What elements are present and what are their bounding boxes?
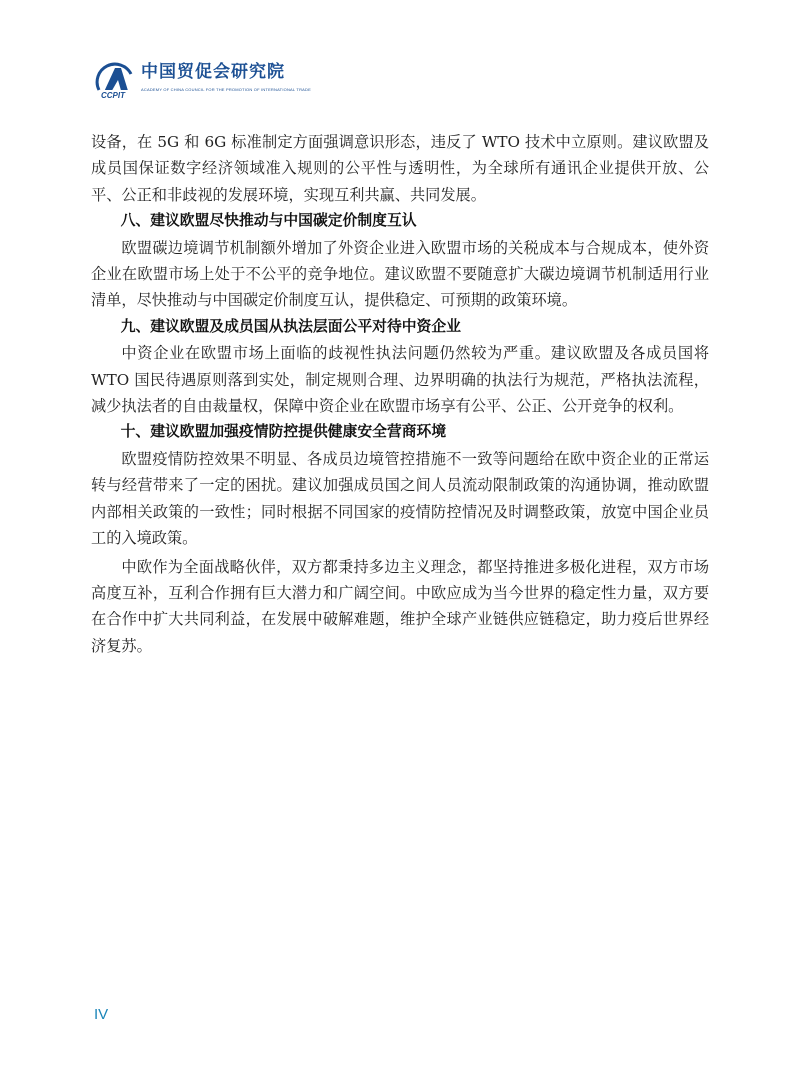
org-name-cn: 中国贸促会研究院	[141, 62, 311, 82]
section-heading-9: 九、建议欧盟及成员国从执法层面公平对待中资企业	[91, 314, 709, 340]
ccpit-logo-icon: CCPIT	[95, 60, 135, 100]
intro-paragraph: 设备，在 5G 和 6G 标准制定方面强调意识形态，违反了 WTO 技术中立原则…	[91, 129, 709, 208]
section-body-10: 欧盟疫情防控效果不明显、各成员边境管控措施不一致等问题给在欧中资企业的正常运转与…	[91, 446, 709, 552]
section-body-8: 欧盟碳边境调节机制额外增加了外资企业进入欧盟市场的关税成本与合规成本，使外资企业…	[91, 235, 709, 314]
section-heading-10: 十、建议欧盟加强疫情防控提供健康安全营商环境	[91, 419, 709, 445]
page-header: CCPIT 中国贸促会研究院 ACADEMY OF CHINA COUNCIL …	[95, 60, 311, 102]
section-body-9: 中资企业在欧盟市场上面临的歧视性执法问题仍然较为严重。建议欧盟及各成员国将 WT…	[91, 340, 709, 419]
page-number: IV	[94, 1006, 108, 1023]
document-body: 设备，在 5G 和 6G 标准制定方面强调意识形态，违反了 WTO 技术中立原则…	[91, 129, 709, 659]
closing-paragraph: 中欧作为全面战略伙伴，双方都秉持多边主义理念，都坚持推进多极化进程，双方市场高度…	[91, 554, 709, 660]
svg-text:CCPIT: CCPIT	[101, 91, 126, 100]
section-heading-8: 八、建议欧盟尽快推动与中国碳定价制度互认	[91, 208, 709, 234]
org-name-en: ACADEMY OF CHINA COUNCIL FOR THE PROMOTI…	[141, 87, 311, 92]
